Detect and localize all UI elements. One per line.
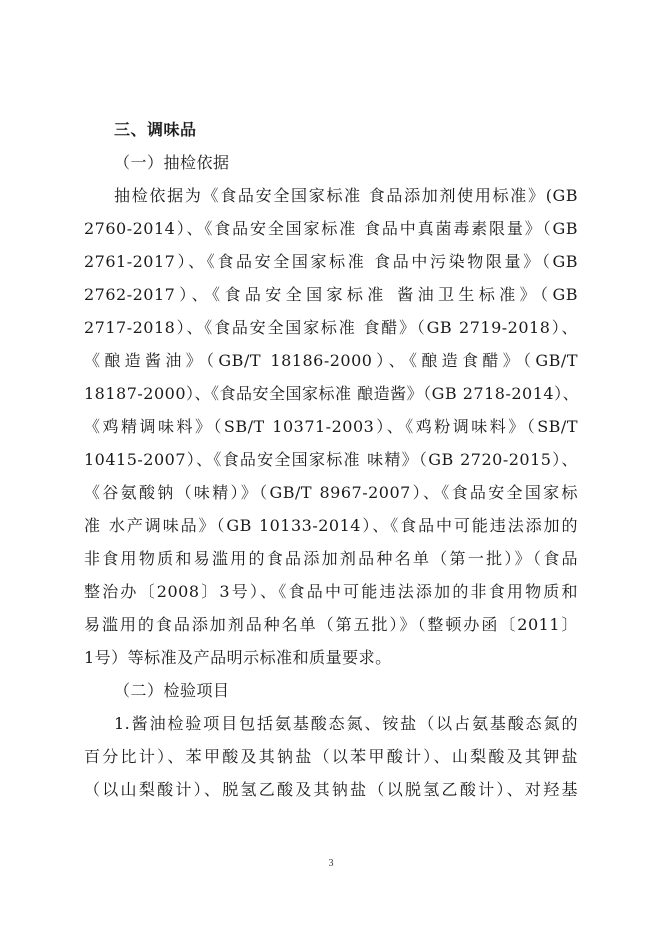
document-page: 三、调味品 （一）抽检依据 抽检依据为《食品安全国家标准 食品添加剂使用标准》(… xyxy=(0,0,662,936)
paragraph-line: 易滥用的食品添加剂品种名单（第五批）》（整顿办函〔2011〕 xyxy=(84,608,578,641)
paragraph-line: 整治办〔2008〕3号）、《食品中可能违法添加的非食用物质和 xyxy=(84,575,578,608)
paragraph-line: 1号）等标准及产品明示标准和质量要求。 xyxy=(84,641,578,674)
paragraph-line: 抽检依据为《食品安全国家标准 食品添加剂使用标准》(GB xyxy=(84,179,578,212)
paragraph-line: 2761-2017）、《食品安全国家标准 食品中污染物限量》（GB xyxy=(84,245,578,278)
subsection-title-basis: （一）抽检依据 xyxy=(84,146,578,179)
paragraph-line: 2762-2017）、《食品安全国家标准 酱油卫生标准》（GB xyxy=(84,278,578,311)
section-heading: 三、调味品 xyxy=(84,113,578,146)
subsection-title-items: （二）检验项目 xyxy=(84,674,578,707)
paragraph-line: 2760-2014）、《食品安全国家标准 食品中真菌毒素限量》（GB xyxy=(84,212,578,245)
paragraph-inspection-basis: 抽检依据为《食品安全国家标准 食品添加剂使用标准》(GB 2760-2014）、… xyxy=(84,179,578,674)
paragraph-inspection-items: 1.酱油检验项目包括氨基酸态氮、铵盐（以占氨基酸态氮的 百分比计）、苯甲酸及其钠… xyxy=(84,707,578,806)
paragraph-line: 非食用物质和易滥用的食品添加剂品种名单（第一批）》（食品 xyxy=(84,542,578,575)
paragraph-line: 准 水产调味品》（GB 10133-2014）、《食品中可能违法添加的 xyxy=(84,509,578,542)
paragraph-line: 百分比计）、苯甲酸及其钠盐（以苯甲酸计）、山梨酸及其钾盐 xyxy=(84,740,578,773)
paragraph-line: （以山梨酸计）、脱氢乙酸及其钠盐（以脱氢乙酸计）、对羟基 xyxy=(84,773,578,806)
paragraph-line: 《鸡精调味料》（SB/T 10371-2003）、《鸡粉调味料》（SB/T xyxy=(84,410,578,443)
document-body: 三、调味品 （一）抽检依据 抽检依据为《食品安全国家标准 食品添加剂使用标准》(… xyxy=(84,113,578,806)
paragraph-line: 18187-2000）、《食品安全国家标准 酿造酱》（GB 2718-2014）… xyxy=(84,377,578,410)
paragraph-line: 10415-2007）、《食品安全国家标准 味精》（GB 2720-2015）、 xyxy=(84,443,578,476)
paragraph-line: 1.酱油检验项目包括氨基酸态氮、铵盐（以占氨基酸态氮的 xyxy=(84,707,578,740)
paragraph-line: 《谷氨酸钠（味精）》（GB/T 8967-2007）、《食品安全国家标 xyxy=(84,476,578,509)
page-number: 3 xyxy=(0,858,662,869)
paragraph-line: 2717-2018）、《食品安全国家标准 食醋》（GB 2719-2018）、 xyxy=(84,311,578,344)
paragraph-line: 《酿造酱油》（GB/T 18186-2000）、《酿造食醋》（GB/T xyxy=(84,344,578,377)
